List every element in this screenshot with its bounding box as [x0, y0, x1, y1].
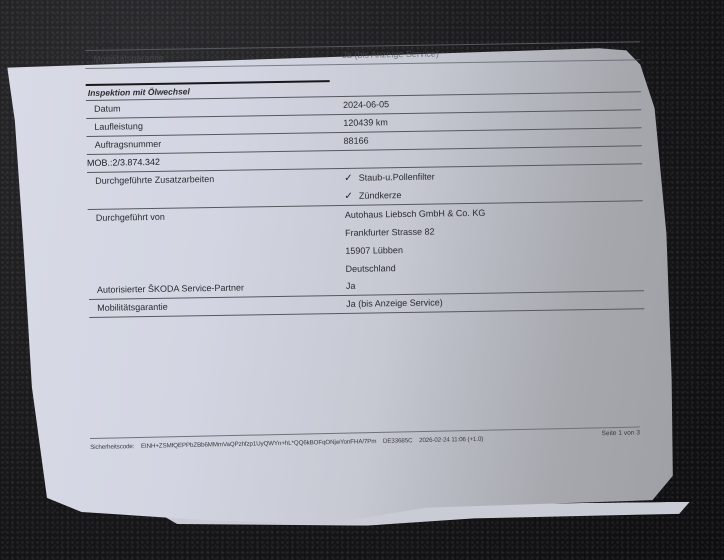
row-value: Ja (bis Anzeige Service)	[342, 42, 640, 64]
additional-work-label: Durchgeführte Zusatzarbeiten	[87, 169, 345, 209]
performed-by-label: Durchgeführt von	[88, 206, 346, 282]
mob-number: MOB.:2/3.874.342	[87, 154, 160, 172]
row-label: Mobilitätsgarantie	[85, 47, 342, 68]
security-code-label: Sicherheitscode:	[90, 443, 134, 451]
performed-by-address: Autohaus Liebsch GmbH & Co. KG Frankfurt…	[345, 201, 644, 278]
mobility-guarantee-value: Ja (bis Anzeige Service)	[346, 291, 644, 313]
document-id: DE33685C	[383, 437, 413, 445]
additional-work-list: ✓ Staub-u.Pollenfilter ✓ Zündkerze	[344, 164, 643, 205]
print-timestamp: 2026-02-24 11:06 (+1.0)	[419, 436, 483, 444]
mobility-guarantee-label: Mobilitätsgarantie	[89, 296, 346, 317]
checkmark-icon: ✓	[344, 170, 356, 188]
checkmark-icon: ✓	[344, 188, 356, 206]
service-record-document: Autorisierter ŠKODA Service-Partner Ja M…	[85, 31, 644, 318]
performed-by-row: Durchgeführt von Autohaus Liebsch GmbH &…	[88, 201, 644, 282]
page-indicator: Seite 1 von 3	[601, 429, 640, 437]
